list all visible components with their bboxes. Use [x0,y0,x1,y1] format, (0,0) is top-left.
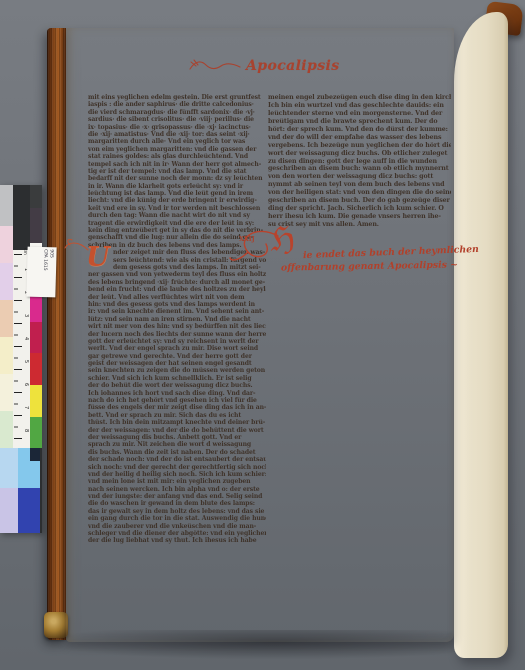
color-patch-yellow [30,385,42,417]
drop-cap-flourish-icon [62,236,90,258]
body-text-line: mit eins yeglichen edelm gestein. Die er… [88,94,266,101]
colorbar-row [0,488,40,533]
body-text-line: der die lug liebhat vnd sy thut. Ich ihe… [88,537,266,544]
color-patch-red [30,353,42,385]
color-patch-pale-blue [0,448,18,488]
body-text-line: ding der spricht. Jach. Sicherlich ich k… [268,205,451,213]
body-text-line: dis buchs. Wann die zeit ist nahen. Der … [88,449,266,456]
color-patch-pale-pink [0,226,13,263]
color-patch-pale-lavender [0,263,13,300]
body-text-line: nymmt ab seinen teyl von dem buch des le… [268,181,451,189]
ruler-number: 7 [23,406,29,414]
body-text-line: die ·xij· amatistus· Vnd die ·xij· tor: … [88,131,266,138]
colorbar-saturated-column [30,185,42,448]
body-text-line: der do behüt die wort der weissagung dic… [88,382,266,389]
body-text-line: in ir. Wann die klarheit gots erleücht s… [88,183,266,190]
color-patch-ivory [0,374,13,411]
ruler-number: 6 [23,383,29,391]
body-text-line: lütz: vnd sein nam an iren stirnen. Vnd … [88,316,266,323]
spine-grain-texture [47,28,66,640]
shelfmark-line: 905 [46,249,53,295]
color-patch-charcoal-purple [30,208,42,243]
color-patch-pale-periwinkle [0,488,18,533]
color-patch-pale-green [0,411,13,448]
body-text-line: su crist sey mit vns allen. Amen. [268,221,451,229]
body-text-line: bett. Vnd er sprach zu mir. Sich das du … [88,412,266,419]
body-text-line: das ir gewalt sey in dem holtz des leben… [88,508,266,515]
body-text-line: wort der weissagung dicz buchs. Ob etlic… [268,150,451,158]
clasp-ornament [44,612,68,638]
body-text-line: der schade noch: vnd der do ist entsaube… [88,456,266,463]
body-text-line: ir: vnd sein knechte dienent im. Vnd seh… [88,308,266,315]
body-text-line: sardius· die sibent crisolitus· die ·vii… [88,116,266,123]
ruler-unit-label: cm [22,248,27,255]
page-fore-edge-curl [454,12,508,658]
shelfmark-text: 905 CPA 1615 [26,249,53,296]
color-patch-green [30,417,42,448]
body-text-line: geschriben an disem buch: wann ob etlich… [268,165,451,173]
color-patch-peach [0,300,13,337]
body-text-line: sprach zu mir. Nit zeichen die wort d we… [88,441,266,448]
color-patch-crimson [30,322,42,353]
body-text-line: margaritten durch alle· Vnd ein yeglich … [88,138,266,145]
photo-backdrop: Apocalipsis mit eins yeglichen edelm ges… [0,0,525,670]
body-text-line: bedarff nit der sunne noch der monn: dz … [88,175,266,182]
body-text-line: zu disen dingen: gott der lege auff in d… [268,158,451,166]
body-text-line: keit vnd ere in sy. Vnd ir tor werden ni… [88,205,266,212]
colorbar-pastel-column [0,185,13,448]
rubric-flourish-icon [188,57,242,75]
ruler-number: 3 [23,314,29,322]
body-text-line: gar getrewe vnd gerechte. Vnd der herre … [88,353,266,360]
ruler-number: 8 [23,429,29,437]
body-text-line: tig er ist der tempel: vnd das lamp. Vnd… [88,168,266,175]
body-text-line: werlt. Vnd der engel sprach zu mir. Dise… [88,345,266,352]
body-text-line: liecht: vnd die künig der erde bringent … [88,197,266,204]
body-text-line: schleger vnd die diener der abgötte: vnd… [88,530,266,537]
running-title-text: Apocalipsis [246,58,340,74]
body-text-line: von den worten der weissagung dicz buchs… [268,173,451,181]
body-text-line: der leüt. Vnd alles verflüchtes wirt nit… [88,294,266,301]
body-text-line: iaspis : die ander saphirus· die dritte … [88,101,266,108]
body-text-line: meinen engel zubezeügen euch dise ding i… [268,94,451,102]
color-patch-pale-yellow [0,337,13,374]
body-text-line: vnd die zauberer vnd die vnkeüschen vnd … [88,523,266,530]
color-calibration-bar: cm 12345678910 905 CPA 1615 [0,185,42,533]
body-text-line: breütigam vnd die brawte sprechent kum. … [268,118,451,126]
body-text-line: der lucern noch des liechts der sunne wa… [88,331,266,338]
body-text-line: geschriben an disem buch. Der do gab gez… [268,197,451,205]
body-text-line: tempel sach ich nit in ir· Wann der herr… [88,161,266,168]
body-text-line: tragent die erwirdigkeit vnd die ere der… [88,220,266,227]
body-text-line: sich noch: vnd der gerecht der gerechtfe… [88,464,266,471]
colophon-initial: ℌ [269,221,296,256]
body-text-line: leüchtender sterne vnd ein morgensterne.… [268,110,451,118]
body-text-line: hört: der sprech kum. Vnd den do dürst d… [268,126,451,134]
body-text-line: hin: vnd des gesess gots vnd des lamps w… [88,301,266,308]
body-text-line: Ich iohannes ich hort vnd sach dise ding… [88,390,266,397]
shelfmark-label: 905 CPA 1615 [26,247,56,298]
ruler-number: 5 [23,360,29,368]
body-text-line: füsse des engels der mir zeigt dise ding… [88,404,266,411]
body-text-line: vnd mein lone ist mit mir: ein yeglichen… [88,478,266,485]
body-text-line: thüst. Ich bin dein mitzampt knechte vnd… [88,419,266,426]
body-text-line: vnd der heilig d heilig sich noch. Sich … [88,471,266,478]
ruler-number: 4 [23,337,29,345]
color-patch-dark-gray [30,185,42,208]
body-text-line: stat raines goldes: als glas durchleücht… [88,153,266,160]
body-text-line: des lebens bringend ·xij· früchte: durch… [88,279,266,286]
body-text-line: vnd der do will der empfahe das wasser d… [268,134,451,142]
body-text-line: durch den tag: Wann die nacht wirt do ni… [88,212,266,219]
body-text-line: die vierd schmaragdus· die fünfft sardon… [88,109,266,116]
body-text-line: herr ihesu ich kum. Die genade vnsers he… [268,213,451,221]
body-text-line: nach do ich het gehört vnd gesehen ich v… [88,397,266,404]
body-text-line: ein gang durch die tor in die stat. Ausw… [88,515,266,522]
text-column-left: mit eins yeglichen edelm gestein. Die er… [88,94,266,545]
body-text-line: ner gassen vnd von yetwederm teyl des fl… [88,271,266,278]
body-text-line: nach seinen wercken. Ich bin alpha vnd o… [88,486,266,493]
running-title: Apocalipsis [188,57,340,75]
body-text-line: bend ein frucht: vnd die laube des holtz… [88,286,266,293]
body-text-line: leüchtung ist das lamp. Vnd die leüt gen… [88,190,266,197]
body-text-line: der der weissagen: vnd der die do behütt… [88,427,266,434]
body-text-line: vergebens. Ich bezeüge nun yeglichen der… [268,142,451,150]
body-text-line: von eim yeglichen margaritten: vnd die g… [88,146,266,153]
body-text-line: der weissagung dis buchs. Anbett gott. V… [88,434,266,441]
body-text-line: wirt nit mer von des hin: vnd sy bedürff… [88,323,266,330]
body-text-line: die do waschen ir gewand in dem blute de… [88,500,266,507]
body-text-line: von der heiligen stat: vnd von den dinge… [268,189,451,197]
body-text-line: sein knechten zu zeigen die do müssen we… [88,367,266,374]
body-text-line: vnd der iungste: der anfang vnd das end.… [88,493,266,500]
body-text-line: geist der weissagen der hat seinen engel… [88,360,266,367]
color-patch-gray [0,185,13,226]
body-text-line: ix· topasius· die ·x· grisopassus· die ·… [88,124,266,131]
book-spine [47,28,66,640]
shelfmark-line: CPA 1615 [40,249,47,295]
body-text-line: Ich bin ein wurtzel vnd das geschlechte … [268,102,451,110]
color-patch-royal-blue [18,488,40,533]
text-column-right: meinen engel zubezeügen euch dise ding i… [268,94,451,229]
ruler-major-ticks [14,254,22,480]
navy-corner-patch [30,448,40,461]
body-text-line: schier. Vnd sich ich kum schnellklich. E… [88,375,266,382]
body-text-line: gott der erleüchtet sy: vnd sy reichsent… [88,338,266,345]
